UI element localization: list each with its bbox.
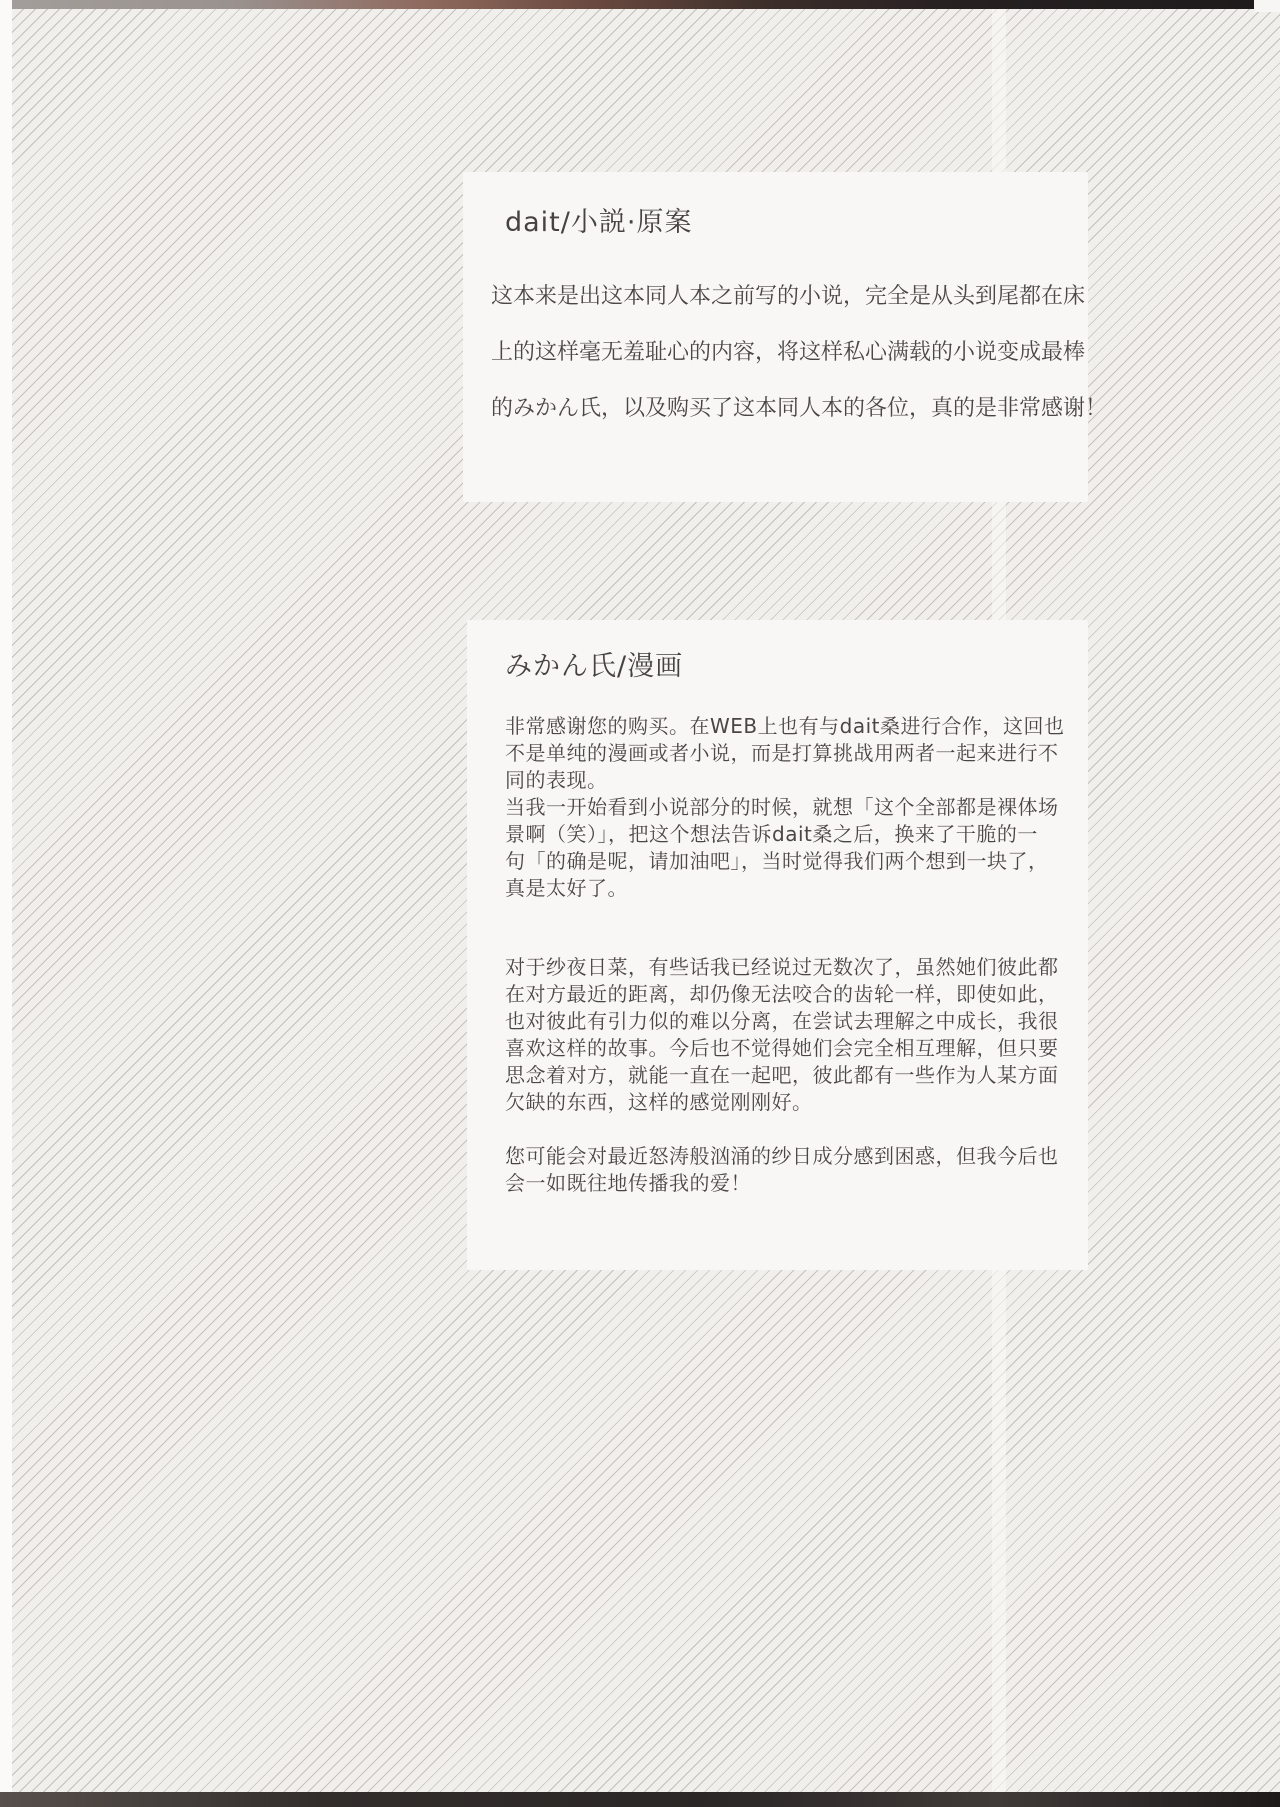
text-line: 不是单纯的漫画或者小说，而是打算挑战用两者一起来进行不 — [505, 740, 1080, 767]
text-line: 喜欢这样的故事。今后也不觉得她们会完全相互理解，但只要 — [505, 1035, 1080, 1062]
credit-box-manga: みかん氏/漫画 非常感谢您的购买。在WEB上也有与dait桑进行合作，这回也 不… — [467, 620, 1088, 1270]
text-line: 景啊（笑）」，把这个想法告诉dait桑之后，换来了干脆的一 — [505, 821, 1080, 848]
scan-bottom-edge — [0, 1792, 1280, 1807]
text-line: 上的这样毫无羞耻心的内容，将这样私心满载的小说变成最棒 — [491, 325, 1078, 381]
text-line: 的みかん氏，以及购买了这本同人本的各位，真的是非常感谢！ — [491, 381, 1078, 437]
text-line: 也对彼此有引力似的难以分离，在尝试去理解之中成长，我很 — [505, 1008, 1080, 1035]
paragraph-closing: 您可能会对最近怒涛般汹涌的纱日成分感到困惑，但我今后也 会一如既往地传播我的爱！ — [505, 1143, 1080, 1197]
text-line: 您可能会对最近怒涛般汹涌的纱日成分感到困惑，但我今后也 — [505, 1143, 1080, 1170]
credit-text-mikan: 非常感谢您的购买。在WEB上也有与dait桑进行合作，这回也 不是单纯的漫画或者… — [505, 713, 1080, 1197]
text-line: 同的表现。 — [505, 767, 1080, 794]
text-line: 这本来是出这本同人本之前写的小说，完全是从头到尾都在床 — [491, 269, 1078, 325]
scan-left-margin — [0, 0, 12, 1807]
credit-box-novel: dait/小説·原案 这本来是出这本同人本之前写的小说，完全是从头到尾都在床 上… — [463, 172, 1088, 502]
text-line: 真是太好了。 — [505, 875, 1080, 902]
credit-title-mikan: みかん氏/漫画 — [505, 644, 683, 683]
scan-top-edge — [0, 0, 1280, 9]
text-line: 当我一开始看到小说部分的时候，就想「这个全部都是裸体场 — [505, 794, 1080, 821]
text-line: 思念着对方，就能一直在一起吧，彼此都有一些作为人某方面 — [505, 1062, 1080, 1089]
text-line: 欠缺的东西，这样的感觉刚刚好。 — [505, 1089, 1080, 1116]
text-line: 对于纱夜日菜，有些话我已经说过无数次了，虽然她们彼此都 — [505, 954, 1080, 981]
paragraph-collaboration: 非常感谢您的购买。在WEB上也有与dait桑进行合作，这回也 不是单纯的漫画或者… — [505, 713, 1080, 902]
text-line: 非常感谢您的购买。在WEB上也有与dait桑进行合作，这回也 — [505, 713, 1080, 740]
text-line: 句「的确是呢，请加油吧」，当时觉得我们两个想到一块了， — [505, 848, 1080, 875]
credit-title-dait: dait/小説·原案 — [505, 200, 692, 239]
scan-top-corner-notch — [1254, 0, 1280, 12]
text-line: 会一如既往地传播我的爱！ — [505, 1170, 1080, 1197]
text-line: 在对方最近的距离，却仍像无法咬合的齿轮一样，即使如此， — [505, 981, 1080, 1008]
credit-text-dait: 这本来是出这本同人本之前写的小说，完全是从头到尾都在床 上的这样毫无羞耻心的内容… — [491, 269, 1078, 437]
paragraph-characters: 对于纱夜日菜，有些话我已经说过无数次了，虽然她们彼此都 在对方最近的距离，却仍像… — [505, 954, 1080, 1116]
